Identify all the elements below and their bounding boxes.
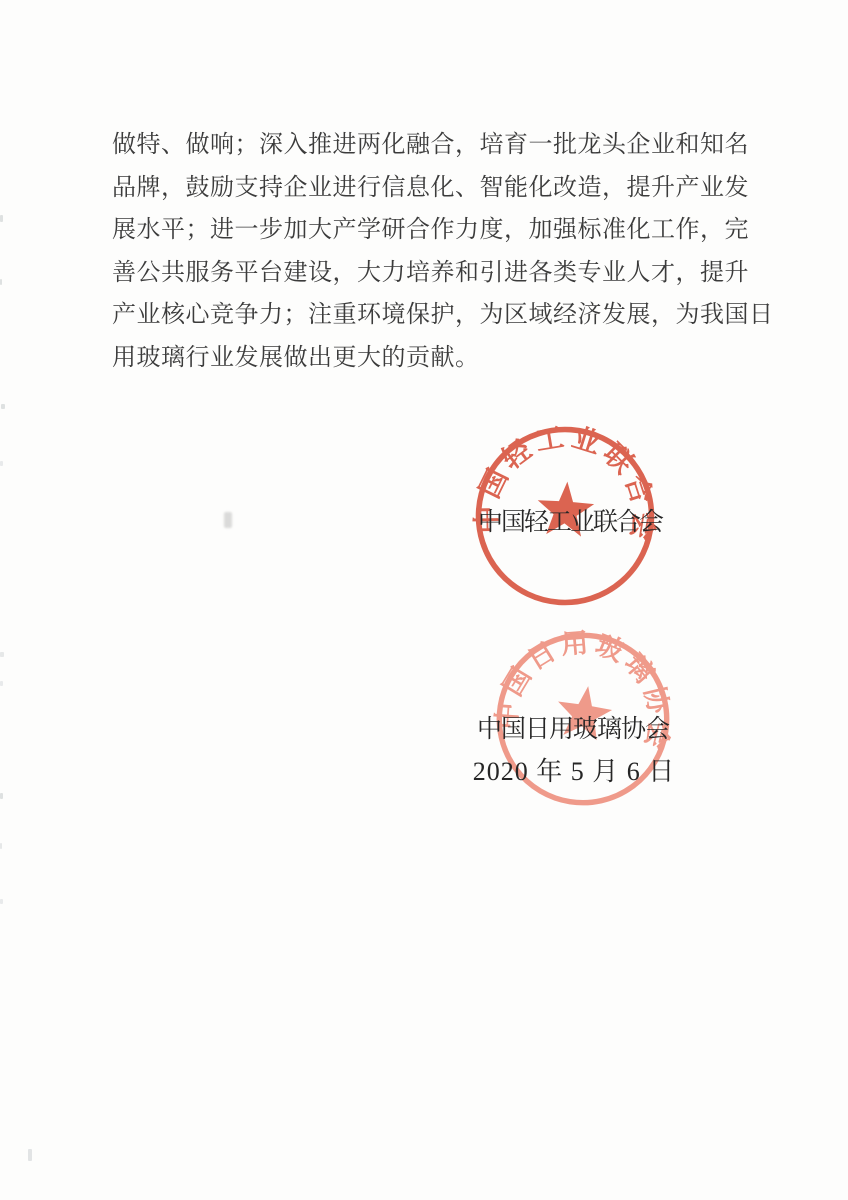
scan-artifact [0,215,3,222]
text-line: 产业核心竞争力；注重环境保护，为区域经济发展，为我国日 [112,294,746,337]
text-line: 用玻璃行业发展做出更大的贡献。 [112,337,746,380]
text-line: 做特、做响；深入推进两化融合，培育一批龙头企业和知名 [112,124,746,167]
scan-artifact [1,404,5,409]
body-paragraph: 做特、做响；深入推进两化融合，培育一批龙头企业和知名 品牌，鼓励支持企业进行信息… [112,124,746,379]
scan-artifact [0,843,2,849]
signature-org-light-industry: 中国轻工业联合会 [410,502,730,538]
document-page: 做特、做响；深入推进两化融合，培育一批龙头企业和知名 品牌，鼓励支持企业进行信息… [0,0,848,1200]
scan-artifact [0,899,3,904]
scan-artifact [0,793,3,799]
scan-artifact [0,681,3,686]
text-line: 善公共服务平台建设，大力培养和引进各类专业人才，提升 [112,252,746,295]
signature-org-glass-association: 中国日用玻璃协会 [413,709,733,745]
scan-artifact [0,279,2,285]
scan-artifact [0,652,4,657]
scan-artifact [28,1149,32,1161]
signature-date: 2020 年 5 月 6 日 [414,751,734,788]
scan-artifact [224,512,232,528]
text-line: 展水平；进一步加大产学研合作力度，加强标准化工作，完 [112,209,746,252]
text-line: 品牌，鼓励支持企业进行信息化、智能化改造，提升产业发 [112,167,746,210]
scan-artifact [0,461,3,466]
